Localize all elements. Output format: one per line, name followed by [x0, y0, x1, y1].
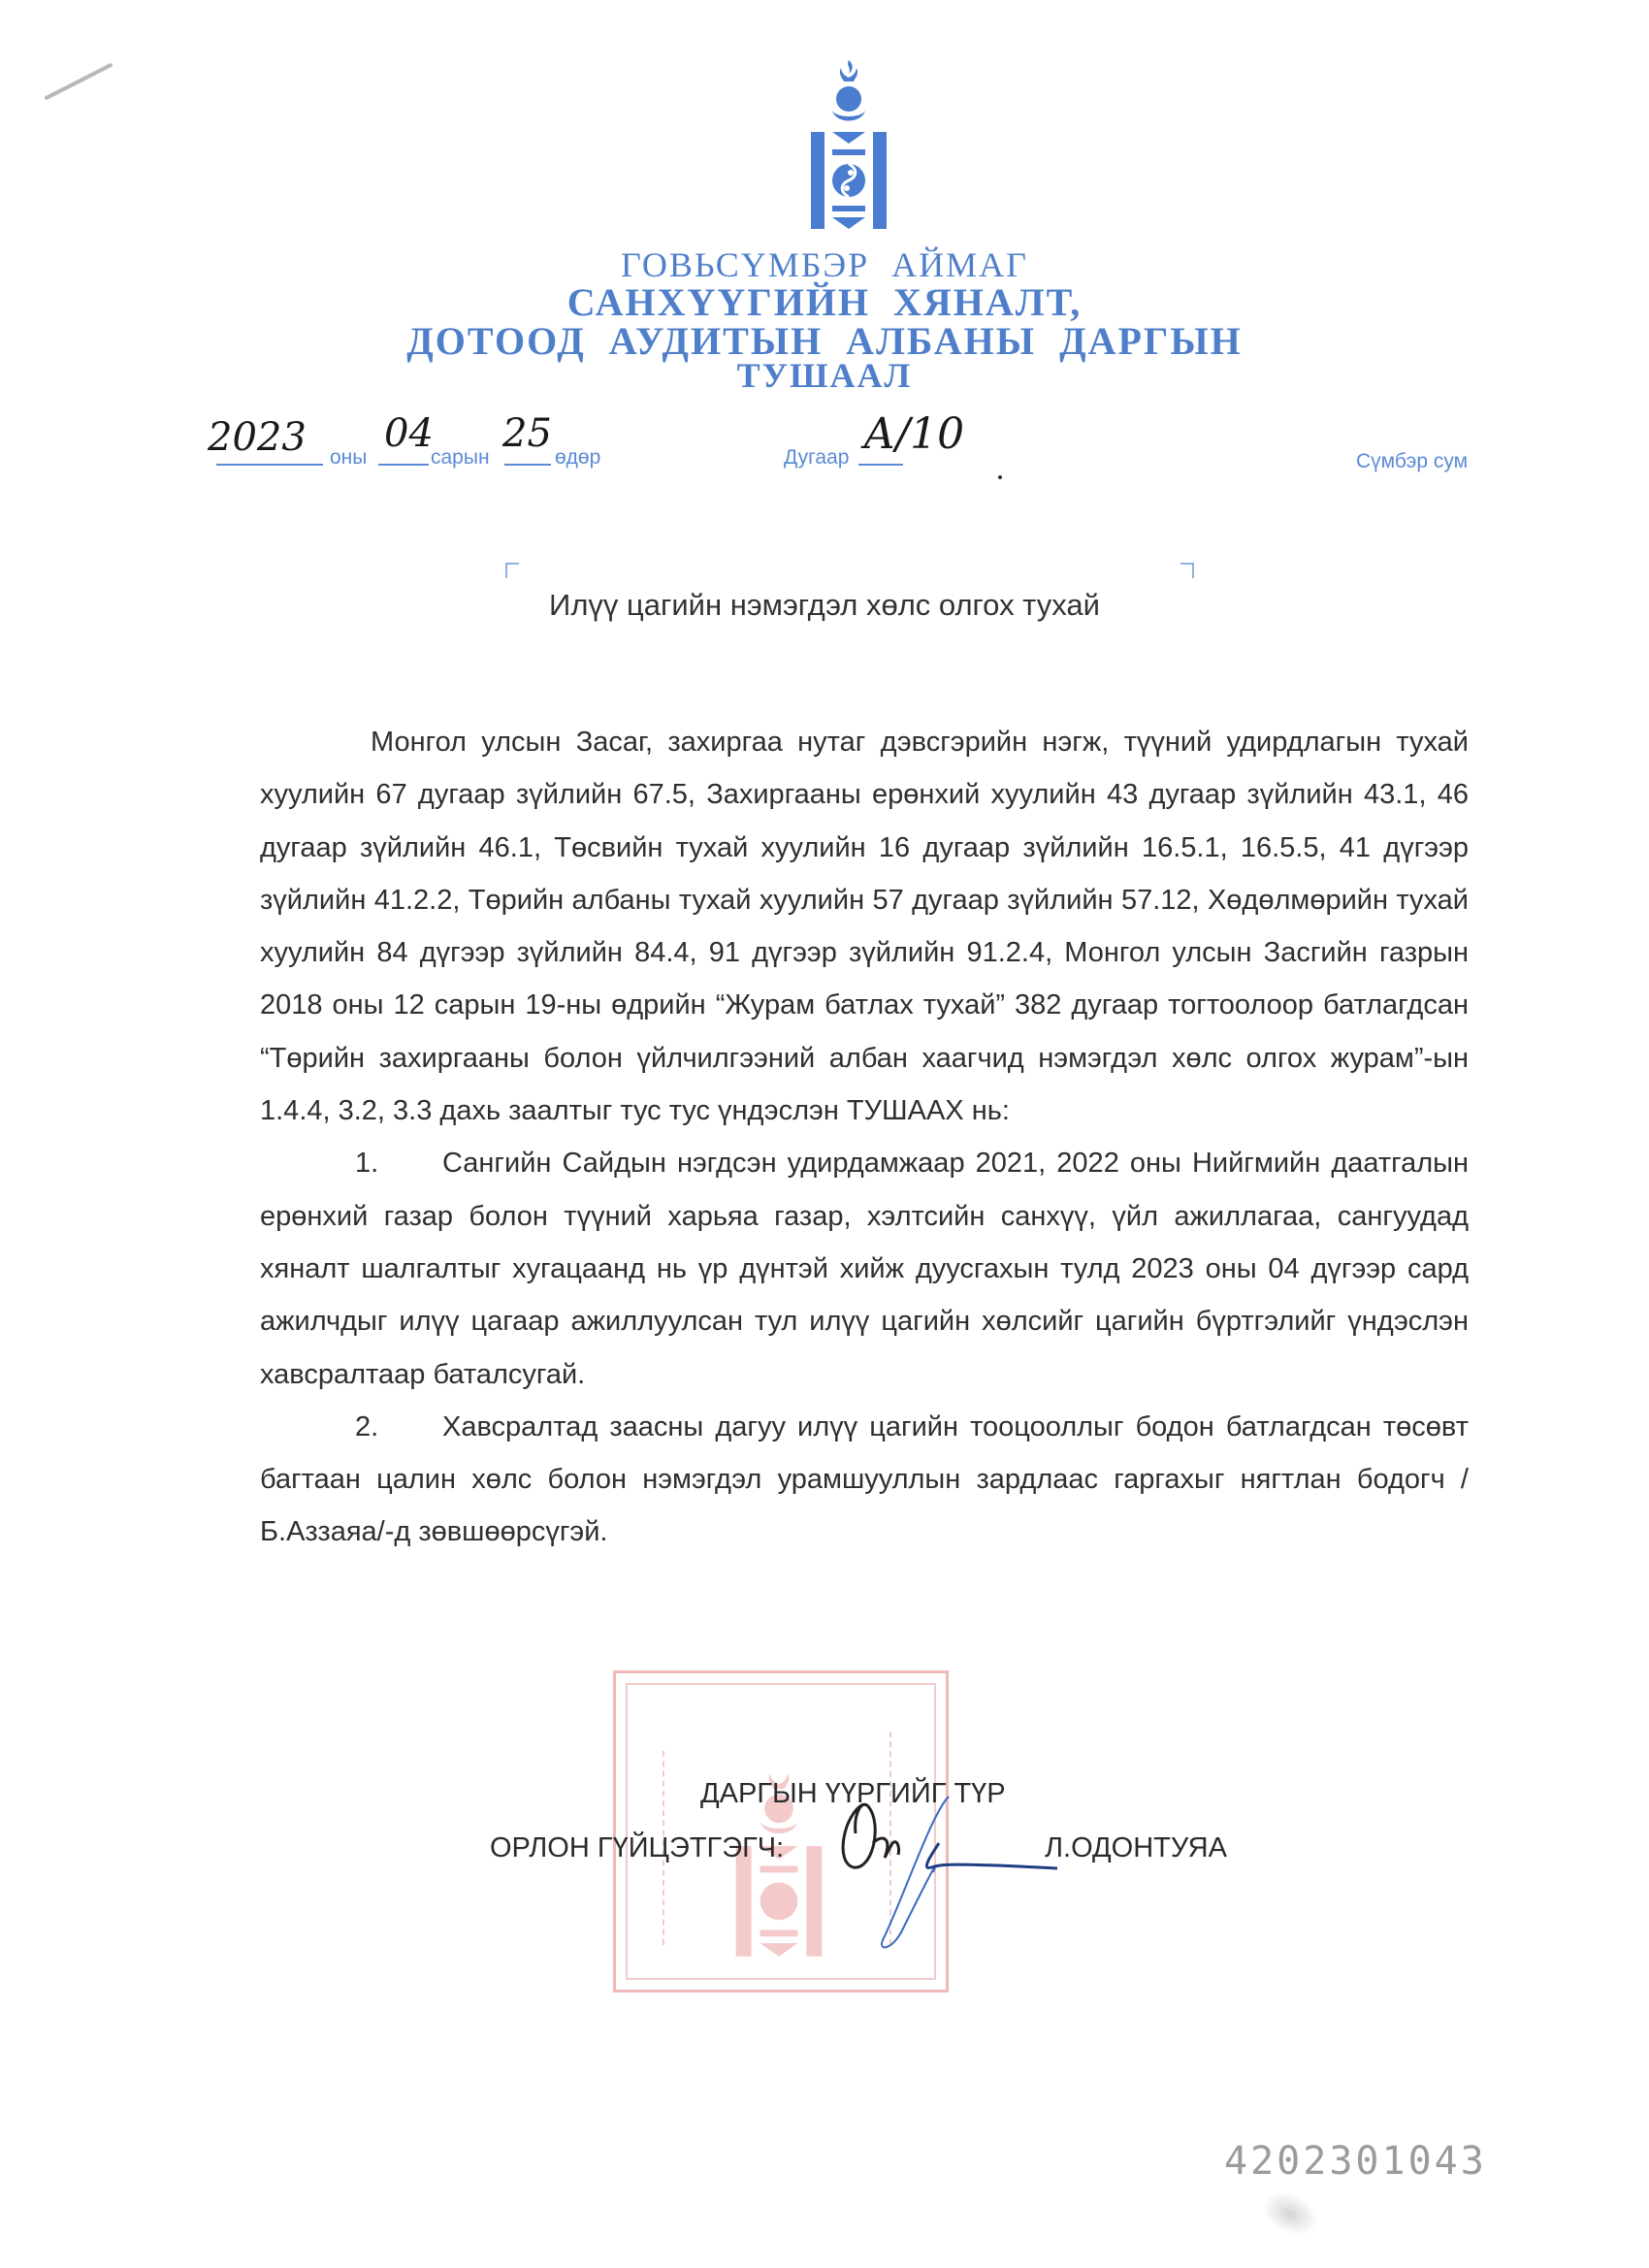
subject-corner-right	[1180, 563, 1194, 578]
order-item-number: 1.	[355, 1137, 442, 1189]
month-value: 04	[384, 411, 434, 456]
subject-corner-left	[505, 563, 519, 578]
dot-mark	[998, 475, 1002, 479]
organization-line-1: САНХҮҮГИЙН ХЯНАЛТ,	[0, 283, 1649, 322]
year-value: 2023	[208, 415, 307, 460]
year-label: оны	[330, 446, 367, 470]
preamble-paragraph: Монгол улсын Засаг, захиргаа нутаг дэвсг…	[260, 716, 1469, 1137]
day-underline	[504, 464, 551, 466]
ink-smudge	[1255, 2184, 1324, 2244]
organization-name: САНХҮҮГИЙН ХЯНАЛТ, ДОТООД АУДИТЫН АЛБАНЫ…	[0, 283, 1649, 361]
document-body: Монгол улсын Засаг, захиргаа нутаг дэвсг…	[260, 716, 1469, 1559]
scan-artifact	[44, 63, 113, 101]
day-value: 25	[502, 411, 552, 456]
signatory-name: Л.ОДОНТУЯА	[1045, 1832, 1227, 1864]
document-type: ТУШААЛ	[0, 355, 1649, 396]
province-name: ГОВЬСҮМБЭР АЙМАГ	[0, 244, 1649, 285]
month-underline	[378, 464, 429, 466]
day-label: өдөр	[555, 446, 600, 470]
location: Сүмбэр сум	[1356, 450, 1468, 473]
number-underline	[858, 464, 903, 466]
registration-number: 4202301043	[1224, 2139, 1487, 2184]
order-item-number: 2.	[355, 1401, 442, 1453]
year-underline	[216, 464, 323, 466]
handwritten-signature	[824, 1785, 1057, 1960]
signatory-title-line-2: ОРЛОН ГҮЙЦЭТГЭГЧ:	[490, 1832, 784, 1864]
month-label: сарын	[431, 446, 490, 470]
number-label: Дугаар	[784, 446, 849, 470]
number-value: А/10	[863, 409, 964, 459]
soyombo-emblem-icon	[809, 60, 889, 231]
order-item-1: 1.Сангийн Сайдын нэгдсэн удирдамжаар 202…	[260, 1137, 1469, 1400]
subject-title: Илүү цагийн нэмэгдэл хөлс олгох тухай	[0, 588, 1649, 623]
order-item-2: 2.Хавсралтад заасны дагуу илүү цагийн то…	[260, 1401, 1469, 1559]
